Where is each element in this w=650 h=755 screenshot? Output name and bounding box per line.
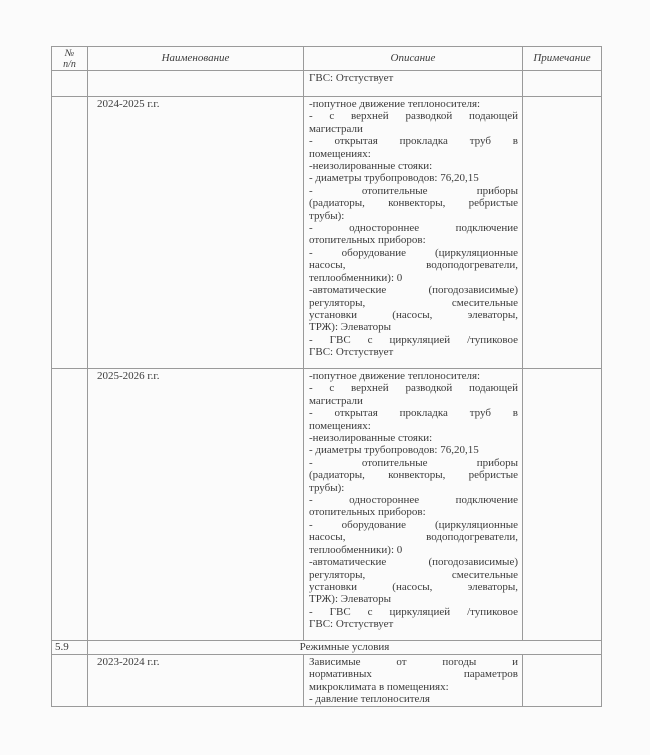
description-line: регуляторы, смесительные [309,569,518,581]
description-line: установки (насосы, элеваторы, [309,581,518,593]
description-line: нормативных параметров [309,668,518,680]
heating-system-table: № п/п Наименование Описание Примечание Г… [51,46,602,707]
cell-note [523,655,602,707]
description-line: ГВС: Отстуствует [309,346,518,358]
description-line: - открытая прокладка труб в [309,407,518,419]
description-line: микроклимата в помещениях: [309,681,518,693]
description-line: - с верхней разводкой подающей [309,110,518,122]
description-line: насосы, водоподогреватели, [309,531,518,543]
cell-description: -попутное движение теплоносителя:- с вер… [304,97,523,369]
description-line: ГВС: Отстуствует [309,72,518,84]
description-line: - оборудование (циркуляционные [309,247,518,259]
description-line: теплообменники): 0 [309,272,518,284]
header-number-line1: № [65,48,74,59]
description-line: - отопительные приборы [309,185,518,197]
cell-number [52,655,88,707]
description-line: -попутное движение теплоносителя: [309,98,518,110]
section-row: 5.9 Режимные условия [52,641,602,655]
cell-description: ГВС: Отстуствует [304,71,523,97]
cell-number [52,369,88,641]
description-line: - диаметры трубопроводов: 76,20,15 [309,444,518,456]
description-line: ГВС: Отстуствует [309,618,518,630]
description-line: - диаметры трубопроводов: 76,20,15 [309,172,518,184]
table-row: 2023-2024 г.г. Зависимые от погоды инорм… [52,655,602,707]
description-line: -автоматические (погодозависимые) [309,284,518,296]
description-line: помещениях: [309,148,518,160]
description-line: - открытая прокладка труб в [309,135,518,147]
description-line: отопительных приборов: [309,506,518,518]
table-row: 2024-2025 г.г. -попутное движение теплон… [52,97,602,369]
cell-note [523,71,602,97]
header-number-line2: п/п [63,59,76,70]
cell-description: Зависимые от погоды инормативных парамет… [304,655,523,707]
description-line: -попутное движение теплоносителя: [309,370,518,382]
description-line: (радиаторы, конвекторы, ребристые [309,469,518,481]
description-line: - с верхней разводкой подающей [309,382,518,394]
description-line: - ГВС с циркуляцией /тупиковое [309,334,518,346]
description-line: - одностороннее подключение [309,494,518,506]
description-line: - одностороннее подключение [309,222,518,234]
table-row: 2025-2026 г.г. -попутное движение теплон… [52,369,602,641]
description-line: помещениях: [309,420,518,432]
description-line: установки (насосы, элеваторы, [309,309,518,321]
header-description: Описание [304,47,523,71]
description-line: магистрали [309,395,518,407]
description-line: (радиаторы, конвекторы, ребристые [309,197,518,209]
table-header-row: № п/п Наименование Описание Примечание [52,47,602,71]
description-line: Зависимые от погоды и [309,656,518,668]
description-line: -автоматические (погодозависимые) [309,556,518,568]
cell-number [52,97,88,369]
header-note: Примечание [523,47,602,71]
description-line: регуляторы, смесительные [309,297,518,309]
description-line: - ГВС с циркуляцией /тупиковое [309,606,518,618]
description-line: -неизолированные стояки: [309,432,518,444]
cell-name: 2023-2024 г.г. [88,655,304,707]
description-line: трубы): [309,482,518,494]
description-line: ТРЖ): Элеваторы [309,593,518,605]
cell-note [523,97,602,369]
description-line: теплообменники): 0 [309,544,518,556]
description-line: - отопительные приборы [309,457,518,469]
description-line: - оборудование (циркуляционные [309,519,518,531]
cell-name [88,71,304,97]
description-line: -неизолированные стояки: [309,160,518,172]
header-number: № п/п [52,47,88,71]
description-line: отопительных приборов: [309,234,518,246]
section-number: 5.9 [52,641,88,655]
cell-number [52,71,88,97]
description-line: - давление теплоносителя [309,693,518,705]
cell-note [523,369,602,641]
cell-description: -попутное движение теплоносителя:- с вер… [304,369,523,641]
description-line: магистрали [309,123,518,135]
cell-name: 2025-2026 г.г. [88,369,304,641]
table-row: ГВС: Отстуствует [52,71,602,97]
description-line: насосы, водоподогреватели, [309,259,518,271]
header-name: Наименование [88,47,304,71]
description-line: трубы): [309,210,518,222]
description-line: ТРЖ): Элеваторы [309,321,518,333]
section-title: Режимные условия [88,641,602,655]
cell-name: 2024-2025 г.г. [88,97,304,369]
